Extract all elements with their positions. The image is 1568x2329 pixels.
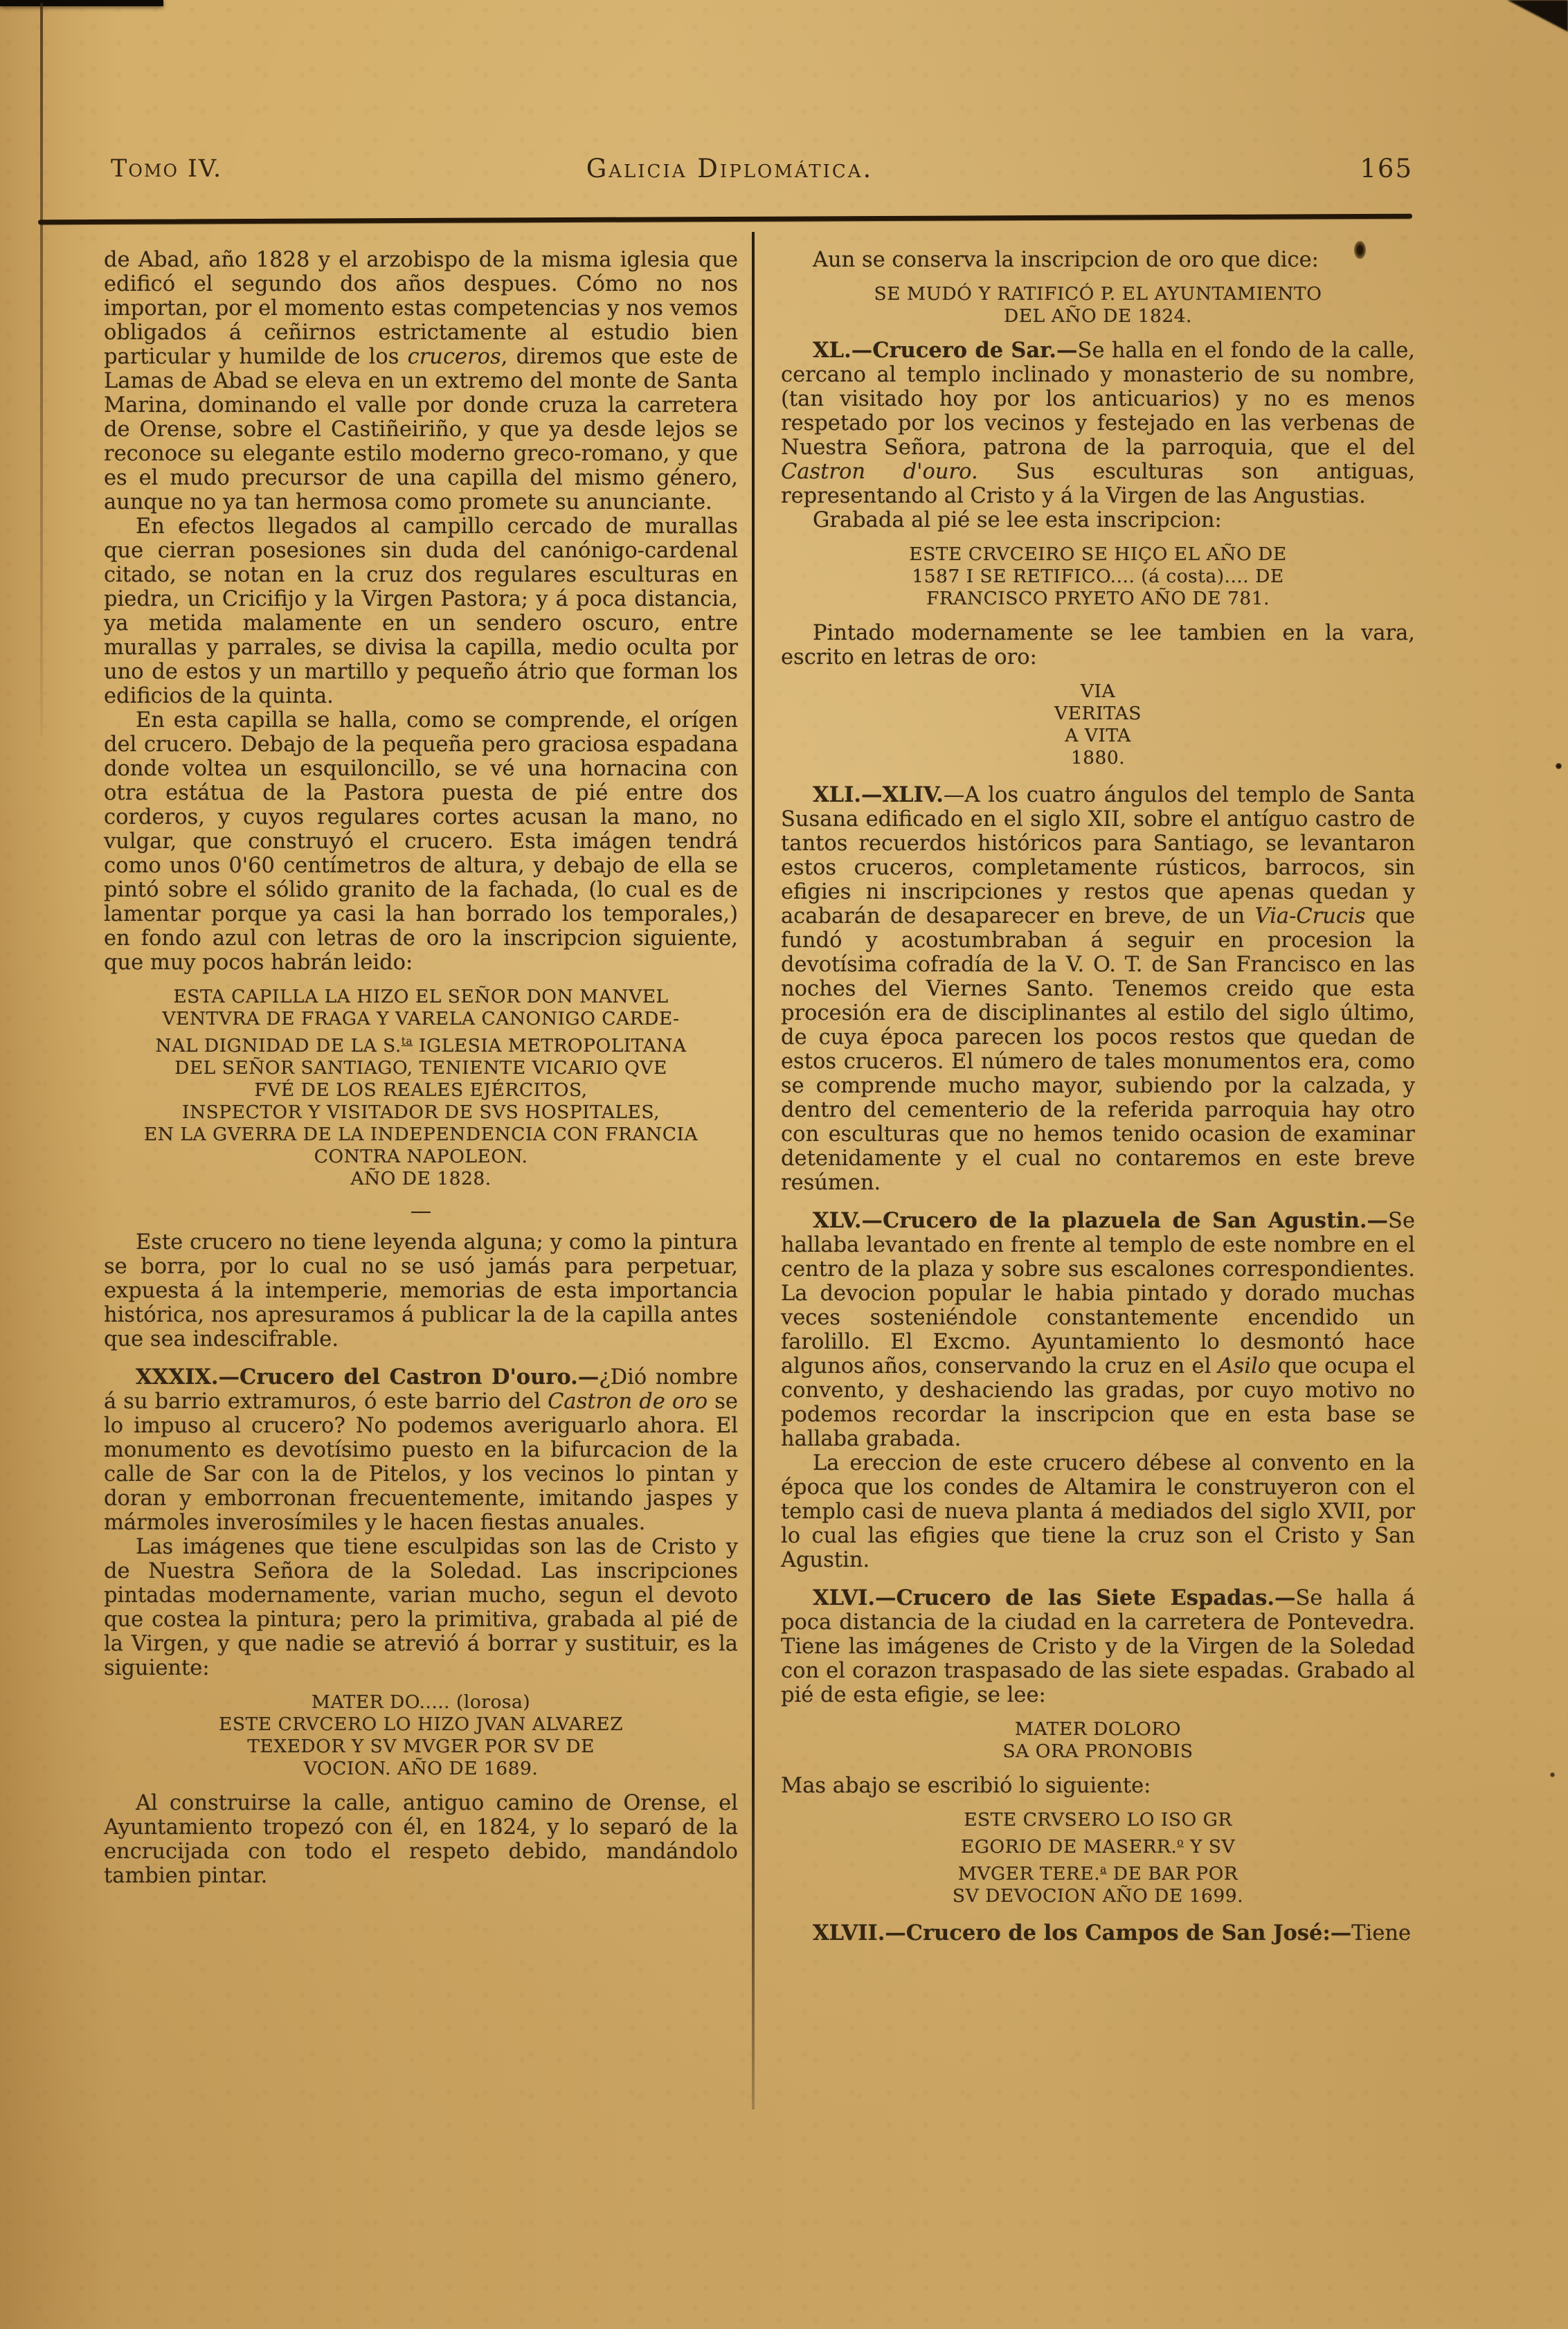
text-run: Tiene bbox=[1351, 1921, 1411, 1945]
right-column: Aun se conserva la inscripcion de oro qu… bbox=[781, 248, 1415, 1945]
section-heading: XXXIX.—Crucero del Castron D'ouro.— bbox=[136, 1365, 599, 1390]
paragraph-xli-xliv: XLI.—XLIV.—A los cuatro ángulos del temp… bbox=[781, 783, 1415, 1195]
page-number: 165 bbox=[1360, 154, 1413, 183]
italic-run: Asilo bbox=[1218, 1354, 1271, 1378]
italic-run: Castron d'ouro. bbox=[781, 460, 978, 484]
superscript-run: ta bbox=[402, 1035, 413, 1047]
inscription-line: A VITA bbox=[781, 725, 1415, 747]
inscription-line: FRANCISCO PRYETO AÑO DE 781. bbox=[781, 588, 1415, 610]
inscription-line: VENTVRA DE FRAGA Y VARELA CANONIGO CARDE… bbox=[104, 1008, 738, 1030]
inscription-capilla: ESTA CAPILLA LA HIZO EL SEÑOR DON MANVEL… bbox=[104, 986, 738, 1190]
paragraph-xlvii: XLVII.—Crucero de los Campos de San José… bbox=[781, 1921, 1415, 1945]
inscription-line: FVÉ DE LOS REALES EJÉRCITOS, bbox=[104, 1079, 738, 1101]
inscription-line: ESTA CAPILLA LA HIZO EL SEÑOR DON MANVEL bbox=[104, 986, 738, 1008]
inscription-line: 1587 I SE RETIFICO.... (á costa).... DE bbox=[781, 566, 1415, 588]
inscription-via: VIA VERITAS A VITA 1880. bbox=[781, 681, 1415, 769]
inscription-mater-doloro: MATER DOLORO SA ORA PRONOBIS bbox=[781, 1718, 1415, 1763]
paragraph-xxxix: XXXIX.—Crucero del Castron D'ouro.—¿Dió … bbox=[104, 1365, 738, 1535]
inscription-line: DEL SEÑOR SANTIAGO, TENIENTE VICARIO QVE bbox=[104, 1057, 738, 1079]
text-run: NAL DIGNIDAD DE LA S. bbox=[156, 1035, 402, 1056]
inscription-line: EN LA GVERRA DE LA INDEPENDENCIA CON FRA… bbox=[104, 1124, 738, 1146]
paragraph-xlv: XLV.—Crucero de la plazuela de San Agust… bbox=[781, 1209, 1415, 1451]
ink-speck bbox=[1556, 763, 1562, 769]
paragraph: Las imágenes que tiene esculpidas son la… bbox=[104, 1535, 738, 1680]
section-heading: XL.—Crucero de Sar.— bbox=[813, 338, 1078, 363]
text-run: MVGER TERE. bbox=[958, 1863, 1100, 1885]
inscription-line: AÑO DE 1828. bbox=[104, 1168, 738, 1190]
text-run: EGORIO DE MASERR. bbox=[961, 1836, 1177, 1858]
inscription-line: MATER DO..... (lorosa) bbox=[104, 1691, 738, 1714]
paragraph: En esta capilla se halla, como se compre… bbox=[104, 708, 738, 975]
binding-crease bbox=[40, 3, 43, 737]
text-run: Y SV bbox=[1184, 1836, 1235, 1858]
page-title: Galicia Diplomática. bbox=[0, 154, 1459, 183]
paragraph-xl: XL.—Crucero de Sar.—Se halla en el fondo… bbox=[781, 339, 1415, 508]
inscription-line: MVGER TERE.a DE BAR POR bbox=[781, 1858, 1415, 1885]
superscript-run: a bbox=[1100, 1863, 1107, 1876]
inscription-line: NAL DIGNIDAD DE LA S.ta IGLESIA METROPOL… bbox=[104, 1030, 738, 1057]
left-column: de Abad, año 1828 y el arzobispo de la m… bbox=[104, 248, 738, 1888]
inscription-line: VOCION. AÑO DE 1689. bbox=[104, 1758, 738, 1780]
inscription-ayuntamiento: SE MUDÓ Y RATIFICÓ P. EL AYUNTAMIENTO DE… bbox=[781, 283, 1415, 327]
text-run: DE BAR POR bbox=[1107, 1863, 1238, 1885]
section-heading: XLI.—XLIV. bbox=[813, 782, 944, 807]
paragraph: Al construirse la calle, antiguo camino … bbox=[104, 1791, 738, 1888]
section-dash: — bbox=[104, 1201, 738, 1222]
inscription-line: SE MUDÓ Y RATIFICÓ P. EL AYUNTAMIENTO bbox=[781, 283, 1415, 305]
book-page-scan: Tomo IV. Galicia Diplomática. 165 de Aba… bbox=[0, 0, 1568, 2329]
scan-top-edge bbox=[0, 0, 163, 6]
inscription-line: EGORIO DE MASERR.o Y SV bbox=[781, 1831, 1415, 1858]
text-run: que fundó y acostumbraban á seguir en pr… bbox=[781, 904, 1415, 1195]
inscription-cruceiro: ESTE CRVCEIRO SE HIÇO EL AÑO DE 1587 I S… bbox=[781, 543, 1415, 610]
paragraph: La ereccion de este crucero débese al co… bbox=[781, 1451, 1415, 1572]
paragraph: En efectos llegados al campillo cercado … bbox=[104, 514, 738, 708]
inscription-line: CONTRA NAPOLEON. bbox=[104, 1146, 738, 1168]
inscription-line: ESTE CRVSERO LO ISO GR bbox=[781, 1809, 1415, 1831]
inscription-line: SA ORA PRONOBIS bbox=[781, 1741, 1415, 1763]
ink-speck bbox=[1550, 1772, 1555, 1777]
header-rule bbox=[38, 214, 1412, 225]
inscription-line: INSPECTOR Y VISITADOR DE SVS HOSPITALES, bbox=[104, 1101, 738, 1124]
inscription-line: ESTE CRVCERO LO HIZO JVAN ALVAREZ bbox=[104, 1714, 738, 1736]
paragraph: Aun se conserva la inscripcion de oro qu… bbox=[781, 248, 1415, 272]
paragraph: Mas abajo se escribió lo siguiente: bbox=[781, 1774, 1415, 1798]
paragraph: Grabada al pié se lee esta inscripcion: bbox=[781, 508, 1415, 532]
inscription-line: VIA bbox=[781, 681, 1415, 703]
paragraph: Este crucero no tiene leyenda alguna; y … bbox=[104, 1230, 738, 1351]
inscription-line: VERITAS bbox=[781, 703, 1415, 725]
paragraph: de Abad, año 1828 y el arzobispo de la m… bbox=[104, 248, 738, 514]
scan-corner-shadow bbox=[1507, 0, 1568, 32]
inscription-line: 1880. bbox=[781, 747, 1415, 769]
inscription-mater: MATER DO..... (lorosa) ESTE CRVCERO LO H… bbox=[104, 1691, 738, 1780]
inscription-line: MATER DOLORO bbox=[781, 1718, 1415, 1741]
text-run: IGLESIA METROPOLITANA bbox=[413, 1035, 686, 1056]
inscription-crvsero: ESTE CRVSERO LO ISO GR EGORIO DE MASERR.… bbox=[781, 1809, 1415, 1907]
italic-run: Via-Crucis bbox=[1255, 904, 1366, 928]
paragraph: Pintado modernamente se lee tambien en l… bbox=[781, 621, 1415, 669]
superscript-run: o bbox=[1177, 1836, 1184, 1849]
italic-run: cruceros bbox=[408, 345, 501, 369]
inscription-line: ESTE CRVCEIRO SE HIÇO EL AÑO DE bbox=[781, 543, 1415, 566]
inscription-line: DEL AÑO DE 1824. bbox=[781, 305, 1415, 327]
paragraph-xlvi: XLVI.—Crucero de las Siete Espadas.—Se h… bbox=[781, 1586, 1415, 1707]
italic-run: Castron de oro bbox=[548, 1390, 708, 1414]
text-run: Se hallaba levantado en frente al templo… bbox=[781, 1209, 1415, 1378]
section-heading: XLVII.—Crucero de los Campos de San José… bbox=[813, 1921, 1351, 1945]
section-heading: XLV.—Crucero de la plazuela de San Agust… bbox=[813, 1208, 1388, 1233]
section-heading: XLVI.—Crucero de las Siete Espadas.— bbox=[813, 1585, 1296, 1610]
inscription-line: SV DEVOCION AÑO DE 1699. bbox=[781, 1885, 1415, 1907]
column-divider bbox=[752, 232, 755, 2110]
text-run: , diremos que este de Lamas de Abad se e… bbox=[104, 345, 738, 514]
inscription-line: TEXEDOR Y SV MVGER POR SV DE bbox=[104, 1736, 738, 1758]
